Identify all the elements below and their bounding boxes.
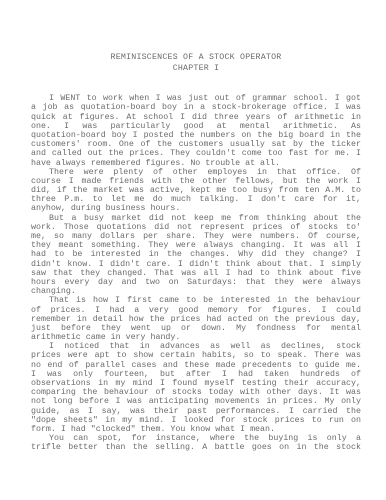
text-line: prices were apt to show certain habits, … <box>31 351 361 360</box>
chapter-heading: CHAPTER I <box>31 64 361 75</box>
text-line: remember in detail how the prices had ac… <box>31 315 361 324</box>
text-line: quick at figures. At school I did three … <box>31 113 361 122</box>
page-heading: REMINISCENCES OF A STOCK OPERATOR CHAPTE… <box>31 53 361 74</box>
text-line: they meant something. They were always c… <box>31 241 361 250</box>
text-line: anyhow, during business hours. <box>31 204 361 213</box>
text-line: of prices. I had a very good memory for … <box>31 306 361 315</box>
text-line: me, so many dollars per share. They were… <box>31 232 361 241</box>
text-line: no end of parallel cases and these made … <box>31 361 361 370</box>
paragraph: But a busy market did not keep me from t… <box>31 214 361 297</box>
text-line: have always remembered figures. No troub… <box>31 159 361 168</box>
text-line: I was only fourteen, but after I had tak… <box>31 370 361 379</box>
text-line: customers' room. One of the customers us… <box>31 140 361 149</box>
page-content: REMINISCENCES OF A STOCK OPERATOR CHAPTE… <box>31 53 361 453</box>
text-line: had to be interested in the changes. Why… <box>31 250 361 259</box>
book-title: REMINISCENCES OF A STOCK OPERATOR <box>31 53 361 64</box>
text-line: I noticed that in advances as well as de… <box>31 342 361 351</box>
paragraph: I noticed that in advances as well as de… <box>31 342 361 434</box>
text-line: and called out the prices. They couldn't… <box>31 149 361 158</box>
paragraph: You can spot, for instance, where the bu… <box>31 434 361 452</box>
text-line: not long before I was anticipating movem… <box>31 397 361 406</box>
text-line: did, if the market was active, kept me t… <box>31 186 361 195</box>
text-line: arithmetic came in very handy. <box>31 333 361 342</box>
paragraph: There were plenty of other employes in t… <box>31 168 361 214</box>
text-line: That is how I first came to be intereste… <box>31 296 361 305</box>
text-line: course I made friends with the other fel… <box>31 177 361 186</box>
text-line: comparing the behaviour of stocks today … <box>31 388 361 397</box>
text-line: three P.m. to let me do much talking. I … <box>31 195 361 204</box>
text-line: I WENT to work when I was just out of gr… <box>31 94 361 103</box>
paragraph: That is how I first came to be intereste… <box>31 296 361 342</box>
text-line: But a busy market did not keep me from t… <box>31 214 361 223</box>
text-line: observations in my mind I found myself t… <box>31 379 361 388</box>
text-line: one. I was particularly good at mental a… <box>31 122 361 131</box>
text-line: a job as quotation-board boy in a stock-… <box>31 103 361 112</box>
text-line: guide, as I say, was their past performa… <box>31 407 361 416</box>
text-line: quotation-board boy I posted the numbers… <box>31 131 361 140</box>
paragraph: I WENT to work when I was just out of gr… <box>31 94 361 168</box>
text-line: form. I had "clocked" them. You know wha… <box>31 425 361 434</box>
book-page: REMINISCENCES OF A STOCK OPERATOR CHAPTE… <box>0 0 386 500</box>
text-line: work. Those quotations did not represent… <box>31 223 361 232</box>
text-line: changing. <box>31 287 361 296</box>
text-line: trifle better than the selling. A battle… <box>31 443 361 452</box>
text-line: There were plenty of other employes in t… <box>31 168 361 177</box>
text-line: You can spot, for instance, where the bu… <box>31 434 361 443</box>
text-line: hours every day and two on Saturdays: th… <box>31 278 361 287</box>
text-line: "dope sheets" in my mind. I looked for s… <box>31 416 361 425</box>
text-line: saw that they changed. That was all I ha… <box>31 269 361 278</box>
text-line: didn't know. I didn't care. I didn't thi… <box>31 260 361 269</box>
body-text: I WENT to work when I was just out of gr… <box>31 94 361 452</box>
text-line: just before they went up or down. My fon… <box>31 324 361 333</box>
